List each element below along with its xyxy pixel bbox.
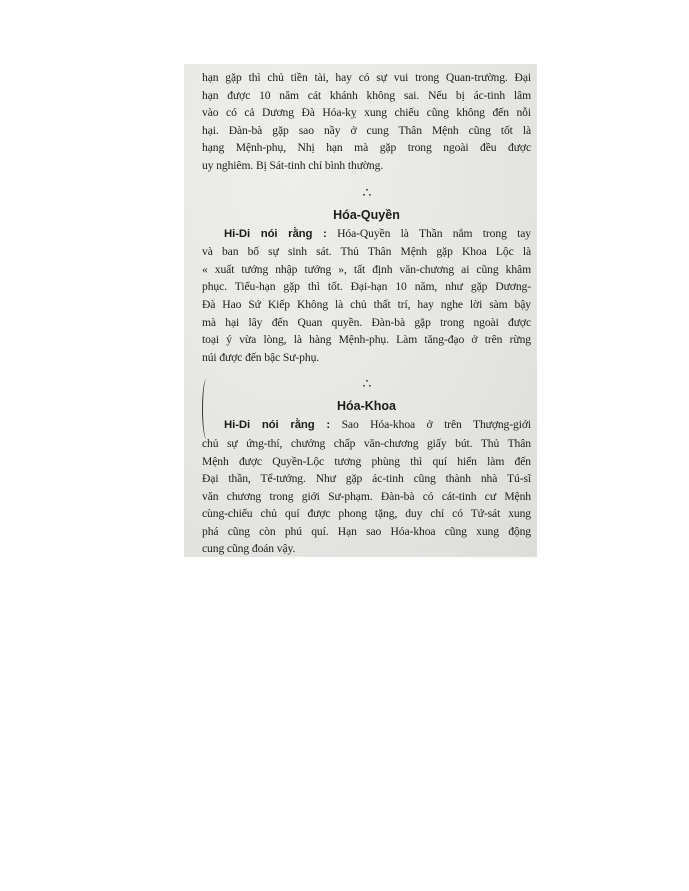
- continuation-paragraph: hạn gặp thì chủ tiền tài, hay có sự vui …: [202, 69, 531, 175]
- section-separator: ∴: [202, 175, 531, 203]
- text-line: cùng-chiếu chủ quí được phong tặng, duy …: [202, 505, 531, 523]
- text-line: núi được đến bậc Sư-phụ.: [202, 349, 531, 367]
- section-separator: ∴: [202, 366, 531, 394]
- section-heading-hoa-khoa: Hóa-Khoa: [202, 396, 531, 416]
- lead-phrase: Hi-Di nói rằng :: [224, 228, 327, 240]
- text-line: hạn gặp thì chủ tiền tài, hay có sự vui …: [202, 69, 531, 87]
- text-line: chủ sự ứng-thí, chưởng chấp văn-chương g…: [202, 435, 531, 453]
- lead-phrase: Hi-Di nói rằng :: [224, 419, 330, 431]
- text-line: hại. Đàn-bà gặp sao nầy ở cung Thân Mệnh…: [202, 122, 531, 140]
- text-line: « xuất tướng nhập tướng », tất định văn-…: [202, 261, 531, 279]
- text-line: Đại thần, Tể-tướng. Như gặp ác-tinh cũng…: [202, 470, 531, 488]
- pen-mark: [202, 379, 211, 439]
- text-line: Đà Hao Sứ Kiếp Không là chủ thất trí, ha…: [202, 296, 531, 314]
- section-heading-hoa-quyen: Hóa-Quyền: [202, 205, 531, 225]
- text-line: văn chương trong giới Sư-phạm. Đàn-bà có…: [202, 488, 531, 506]
- text-line: cung cũng đoán vậy.: [202, 540, 531, 558]
- text-line: vào có cả Dương Đà Hóa-kỵ xung chiếu cũn…: [202, 104, 531, 122]
- text-line: toại ý vừa lòng, là hàng Mệnh-phụ. Làm t…: [202, 331, 531, 349]
- hoa-khoa-paragraph: Hi-Di nói rằng : Sao Hóa-khoa ở trên Thư…: [202, 416, 531, 558]
- text-line: và ban bố sự sinh sát. Thủ Thân Mệnh gặp…: [202, 243, 531, 261]
- text-line: Hi-Di nói rằng : Hóa-Quyền là Thần nắm t…: [202, 225, 531, 244]
- text-line: mà hại lây đến Quan quyền. Đàn-bà gặp tr…: [202, 314, 531, 332]
- text-line: hạng Mệnh-phụ, Nhị hạn mà gặp trong ngoà…: [202, 139, 531, 157]
- text-line: Hi-Di nói rằng : Sao Hóa-khoa ở trên Thư…: [202, 416, 531, 435]
- text-line: hạn được 10 năm cát khánh không sai. Nếu…: [202, 87, 531, 105]
- text-line: Mệnh được Quyền-Lộc tương phùng thì quí …: [202, 453, 531, 471]
- hoa-quyen-paragraph: Hi-Di nói rằng : Hóa-Quyền là Thần nắm t…: [202, 225, 531, 367]
- text-line: phá cũng còn phú quí. Hạn sao Hóa-khoa c…: [202, 523, 531, 541]
- scanned-book-page: hạn gặp thì chủ tiền tài, hay có sự vui …: [184, 64, 537, 557]
- text-line: phục. Tiểu-hạn gặp thì tốt. Đại-hạn 10 n…: [202, 278, 531, 296]
- text-line: uy nghiêm. Bị Sát-tinh chỉ bình thường.: [202, 157, 531, 175]
